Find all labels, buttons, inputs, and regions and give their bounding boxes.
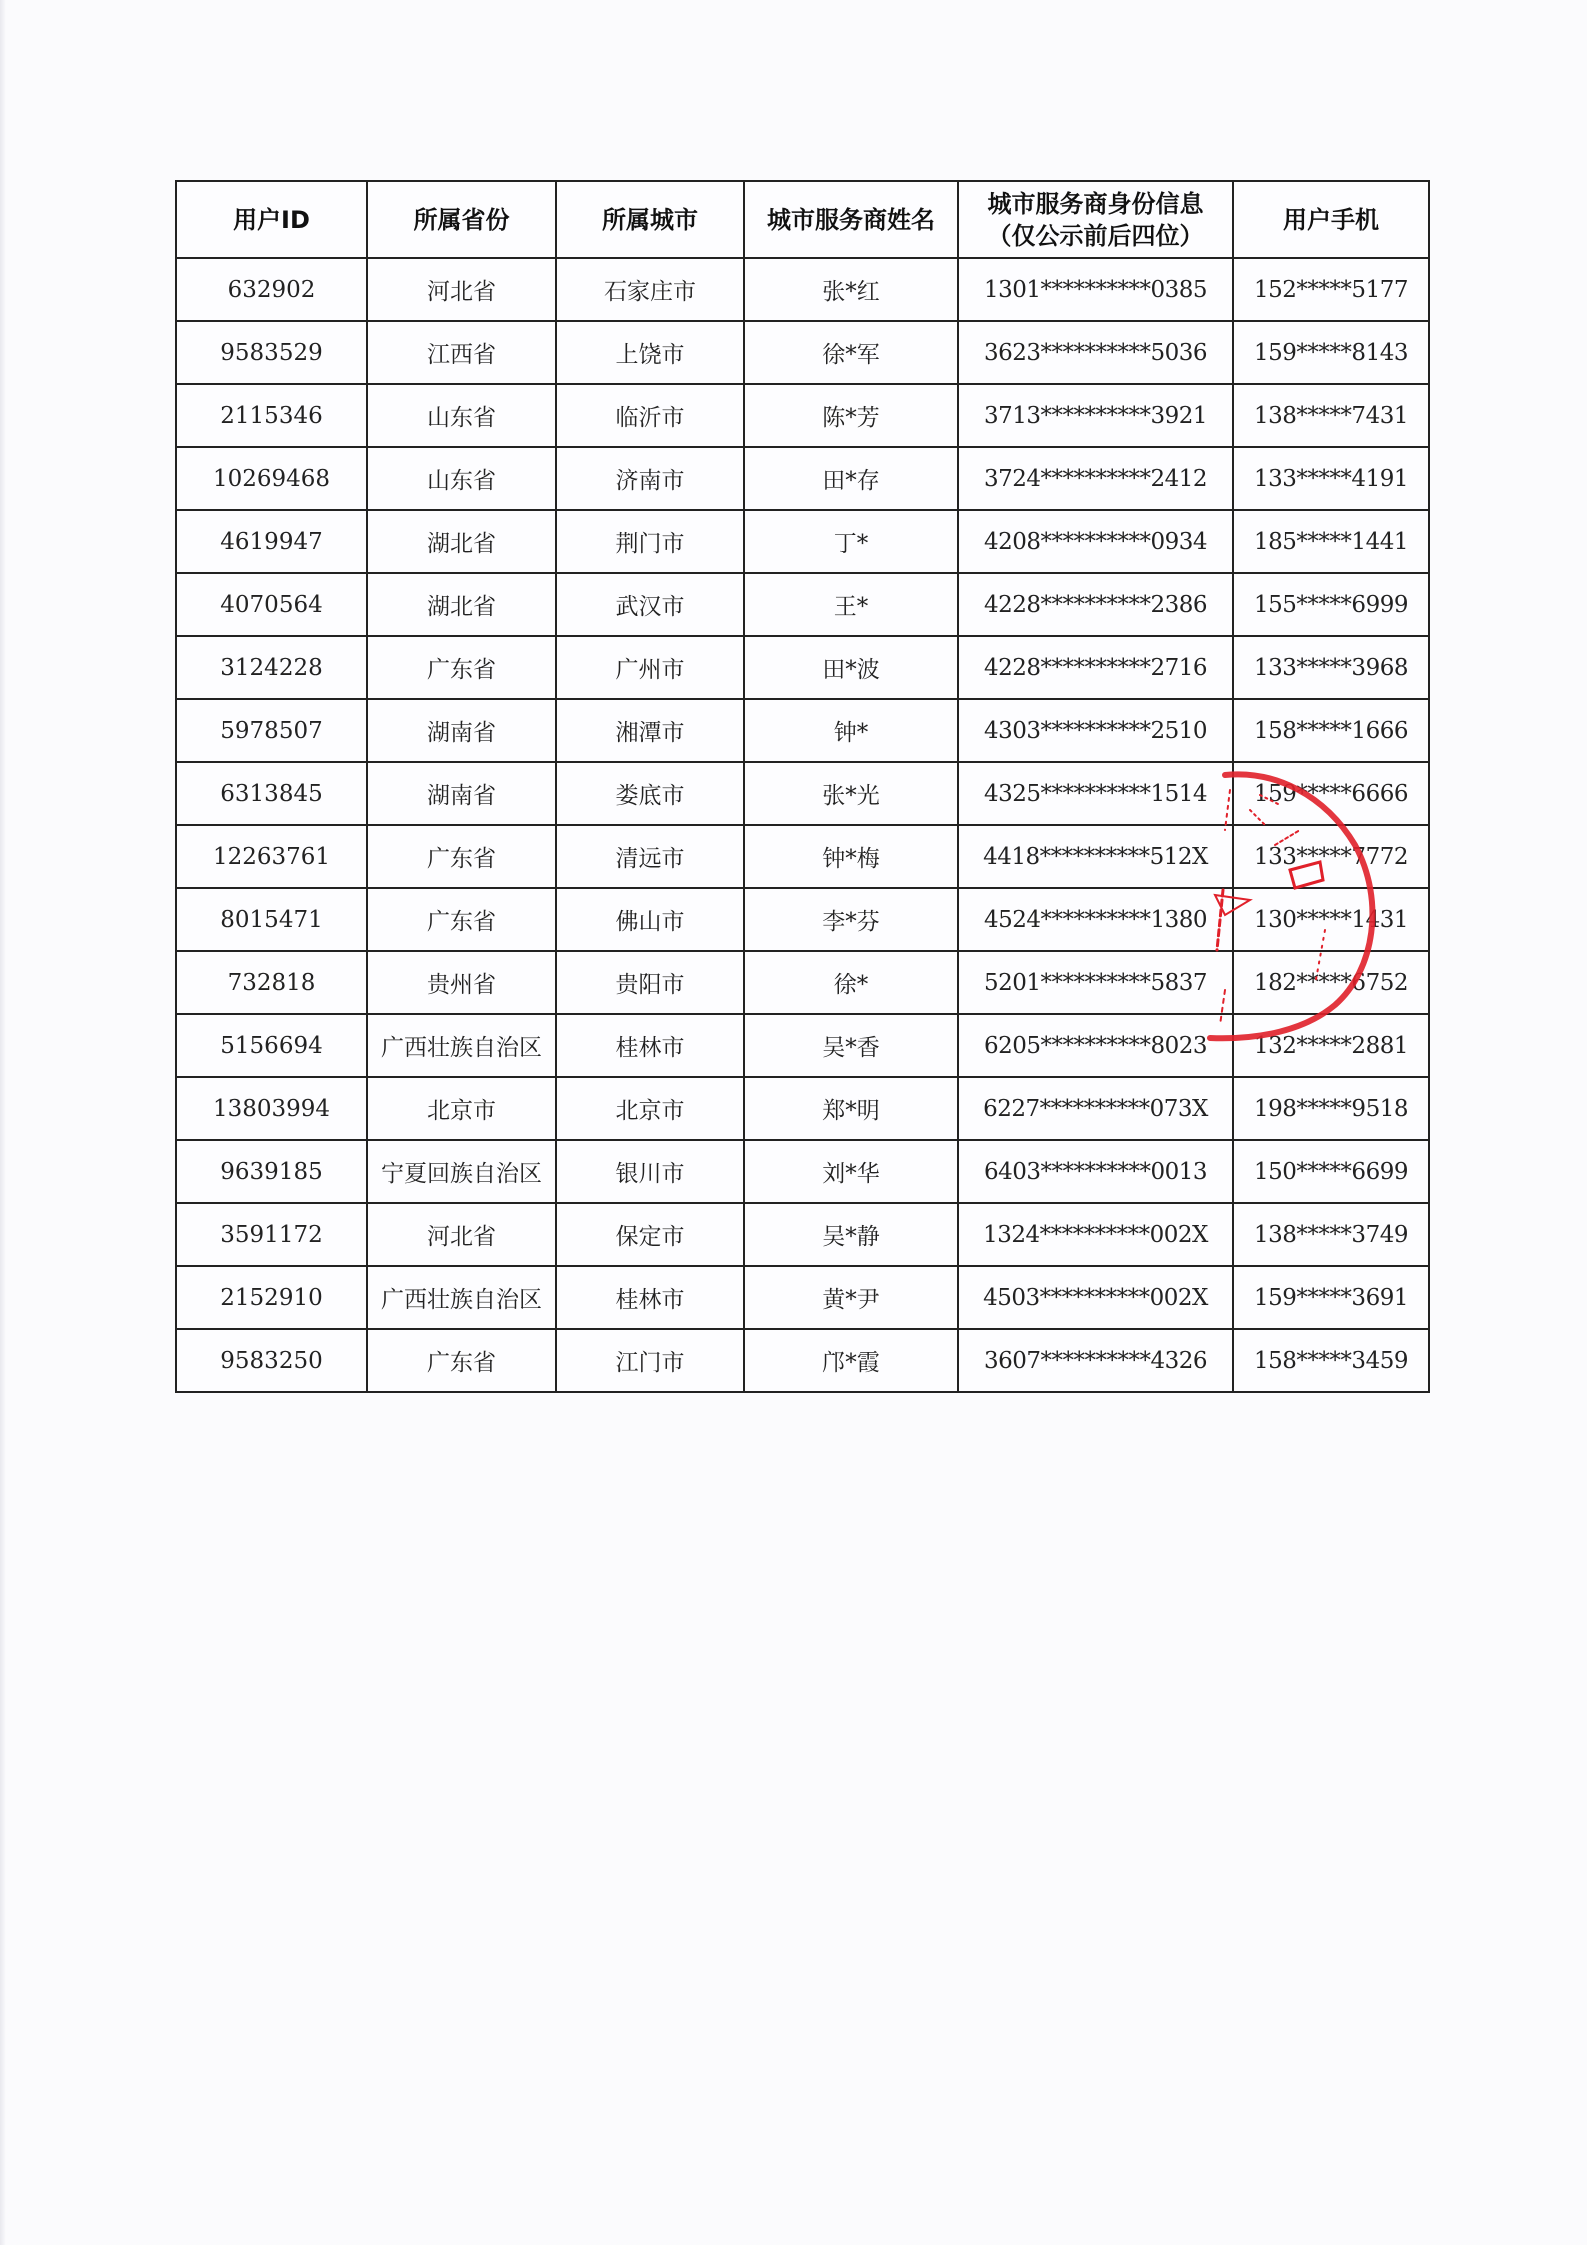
cell-provider-id: 3724**********2412 — [958, 447, 1233, 510]
cell-province: 广东省 — [367, 888, 556, 951]
cell-user-id: 13803994 — [176, 1077, 367, 1140]
cell-city: 桂林市 — [556, 1014, 744, 1077]
table-row: 2152910广西壮族自治区桂林市黄*尹4503**********002X15… — [176, 1266, 1429, 1329]
header-provider-id-info: 城市服务商身份信息 （仅公示前后四位） — [958, 181, 1233, 258]
table-body: 632902河北省石家庄市张*红1301**********0385152***… — [176, 258, 1429, 1392]
cell-user-id: 10269468 — [176, 447, 367, 510]
cell-provider-id: 4228**********2386 — [958, 573, 1233, 636]
cell-user-id: 4619947 — [176, 510, 367, 573]
header-provider-name: 城市服务商姓名 — [744, 181, 958, 258]
cell-phone: 159*****6666 — [1233, 762, 1429, 825]
table-row: 6313845湖南省娄底市张*光4325**********1514159***… — [176, 762, 1429, 825]
cell-phone: 132*****2881 — [1233, 1014, 1429, 1077]
cell-provider-id: 4303**********2510 — [958, 699, 1233, 762]
cell-city: 石家庄市 — [556, 258, 744, 321]
cell-user-id: 2115346 — [176, 384, 367, 447]
cell-provider-name: 徐* — [744, 951, 958, 1014]
cell-province: 河北省 — [367, 1203, 556, 1266]
table-row: 4619947湖北省荆门市丁*4208**********0934185****… — [176, 510, 1429, 573]
cell-user-id: 632902 — [176, 258, 367, 321]
table-row: 2115346山东省临沂市陈*芳3713**********3921138***… — [176, 384, 1429, 447]
table-row: 3591172河北省保定市吴*静1324**********002X138***… — [176, 1203, 1429, 1266]
cell-provider-name: 徐*军 — [744, 321, 958, 384]
table-row: 10269468山东省济南市田*存3724**********2412133**… — [176, 447, 1429, 510]
cell-provider-name: 张*红 — [744, 258, 958, 321]
cell-provider-id: 6205**********8023 — [958, 1014, 1233, 1077]
cell-phone: 138*****3749 — [1233, 1203, 1429, 1266]
cell-province: 山东省 — [367, 384, 556, 447]
cell-provider-id: 4524**********1380 — [958, 888, 1233, 951]
table-row: 5978507湖南省湘潭市钟*4303**********2510158****… — [176, 699, 1429, 762]
cell-city: 临沂市 — [556, 384, 744, 447]
cell-provider-id: 3713**********3921 — [958, 384, 1233, 447]
cell-province: 宁夏回族自治区 — [367, 1140, 556, 1203]
cell-city: 佛山市 — [556, 888, 744, 951]
cell-provider-id: 3607**********4326 — [958, 1329, 1233, 1392]
cell-provider-id: 6227**********073X — [958, 1077, 1233, 1140]
cell-city: 广州市 — [556, 636, 744, 699]
table-row: 9583250广东省江门市邝*霞3607**********4326158***… — [176, 1329, 1429, 1392]
cell-provider-id: 4325**********1514 — [958, 762, 1233, 825]
cell-provider-name: 黄*尹 — [744, 1266, 958, 1329]
cell-city: 银川市 — [556, 1140, 744, 1203]
cell-provider-name: 钟*梅 — [744, 825, 958, 888]
cell-user-id: 9583529 — [176, 321, 367, 384]
service-provider-table: 用户ID 所属省份 所属城市 城市服务商姓名 城市服务商身份信息 （仅公示前后四… — [175, 180, 1430, 1393]
table-row: 3124228广东省广州市田*波4228**********2716133***… — [176, 636, 1429, 699]
cell-provider-id: 4503**********002X — [958, 1266, 1233, 1329]
cell-user-id: 2152910 — [176, 1266, 367, 1329]
table-row: 732818贵州省贵阳市徐*5201**********5837182*****… — [176, 951, 1429, 1014]
cell-phone: 159*****3691 — [1233, 1266, 1429, 1329]
cell-province: 广西壮族自治区 — [367, 1014, 556, 1077]
cell-city: 武汉市 — [556, 573, 744, 636]
cell-phone: 152*****5177 — [1233, 258, 1429, 321]
cell-city: 清远市 — [556, 825, 744, 888]
cell-city: 保定市 — [556, 1203, 744, 1266]
cell-phone: 150*****6699 — [1233, 1140, 1429, 1203]
header-user-id: 用户ID — [176, 181, 367, 258]
cell-provider-name: 陈*芳 — [744, 384, 958, 447]
cell-provider-id: 4208**********0934 — [958, 510, 1233, 573]
cell-provider-name: 田*存 — [744, 447, 958, 510]
cell-provider-name: 王* — [744, 573, 958, 636]
cell-provider-id: 3623**********5036 — [958, 321, 1233, 384]
cell-city: 北京市 — [556, 1077, 744, 1140]
cell-province: 广东省 — [367, 1329, 556, 1392]
cell-user-id: 4070564 — [176, 573, 367, 636]
cell-provider-name: 张*光 — [744, 762, 958, 825]
table-row: 9639185宁夏回族自治区银川市刘*华6403**********001315… — [176, 1140, 1429, 1203]
scan-page-edge — [0, 0, 6, 2245]
table-row: 9583529江西省上饶市徐*军3623**********5036159***… — [176, 321, 1429, 384]
cell-user-id: 5156694 — [176, 1014, 367, 1077]
cell-city: 上饶市 — [556, 321, 744, 384]
cell-phone: 130*****1431 — [1233, 888, 1429, 951]
header-province: 所属省份 — [367, 181, 556, 258]
cell-province: 湖南省 — [367, 699, 556, 762]
cell-provider-id: 4418**********512X — [958, 825, 1233, 888]
cell-provider-name: 刘*华 — [744, 1140, 958, 1203]
cell-provider-name: 邝*霞 — [744, 1329, 958, 1392]
cell-province: 广西壮族自治区 — [367, 1266, 556, 1329]
cell-province: 山东省 — [367, 447, 556, 510]
table-row: 8015471广东省佛山市李*芬4524**********1380130***… — [176, 888, 1429, 951]
cell-phone: 133*****3968 — [1233, 636, 1429, 699]
cell-city: 湘潭市 — [556, 699, 744, 762]
cell-phone: 159*****8143 — [1233, 321, 1429, 384]
cell-provider-id: 1301**********0385 — [958, 258, 1233, 321]
cell-city: 贵阳市 — [556, 951, 744, 1014]
cell-user-id: 9639185 — [176, 1140, 367, 1203]
cell-phone: 182*****6752 — [1233, 951, 1429, 1014]
cell-province: 江西省 — [367, 321, 556, 384]
cell-phone: 158*****1666 — [1233, 699, 1429, 762]
header-user-phone: 用户手机 — [1233, 181, 1429, 258]
cell-provider-id: 1324**********002X — [958, 1203, 1233, 1266]
header-provider-id-info-line2: （仅公示前后四位） — [959, 220, 1232, 252]
table-row: 13803994北京市北京市郑*明6227**********073X198**… — [176, 1077, 1429, 1140]
cell-user-id: 732818 — [176, 951, 367, 1014]
header-city: 所属城市 — [556, 181, 744, 258]
cell-provider-id: 6403**********0013 — [958, 1140, 1233, 1203]
cell-city: 济南市 — [556, 447, 744, 510]
cell-phone: 198*****9518 — [1233, 1077, 1429, 1140]
cell-user-id: 3591172 — [176, 1203, 367, 1266]
header-provider-id-info-line1: 城市服务商身份信息 — [959, 188, 1232, 220]
cell-city: 荆门市 — [556, 510, 744, 573]
cell-user-id: 9583250 — [176, 1329, 367, 1392]
cell-province: 北京市 — [367, 1077, 556, 1140]
table-row: 4070564湖北省武汉市王*4228**********2386155****… — [176, 573, 1429, 636]
cell-phone: 133*****7772 — [1233, 825, 1429, 888]
cell-provider-name: 郑*明 — [744, 1077, 958, 1140]
table-header-row: 用户ID 所属省份 所属城市 城市服务商姓名 城市服务商身份信息 （仅公示前后四… — [176, 181, 1429, 258]
cell-province: 广东省 — [367, 825, 556, 888]
cell-city: 娄底市 — [556, 762, 744, 825]
cell-user-id: 6313845 — [176, 762, 367, 825]
cell-phone: 133*****4191 — [1233, 447, 1429, 510]
cell-phone: 158*****3459 — [1233, 1329, 1429, 1392]
cell-provider-name: 李*芬 — [744, 888, 958, 951]
cell-provider-name: 吴*香 — [744, 1014, 958, 1077]
table-row: 632902河北省石家庄市张*红1301**********0385152***… — [176, 258, 1429, 321]
cell-provider-name: 丁* — [744, 510, 958, 573]
cell-province: 湖南省 — [367, 762, 556, 825]
cell-provider-name: 田*波 — [744, 636, 958, 699]
table-row: 5156694广西壮族自治区桂林市吴*香6205**********802313… — [176, 1014, 1429, 1077]
cell-province: 河北省 — [367, 258, 556, 321]
cell-provider-id: 4228**********2716 — [958, 636, 1233, 699]
cell-user-id: 3124228 — [176, 636, 367, 699]
cell-province: 贵州省 — [367, 951, 556, 1014]
cell-provider-id: 5201**********5837 — [958, 951, 1233, 1014]
cell-provider-name: 吴*静 — [744, 1203, 958, 1266]
cell-phone: 138*****7431 — [1233, 384, 1429, 447]
cell-province: 湖北省 — [367, 510, 556, 573]
cell-provider-name: 钟* — [744, 699, 958, 762]
cell-user-id: 8015471 — [176, 888, 367, 951]
cell-province: 广东省 — [367, 636, 556, 699]
cell-city: 桂林市 — [556, 1266, 744, 1329]
cell-phone: 185*****1441 — [1233, 510, 1429, 573]
cell-phone: 155*****6999 — [1233, 573, 1429, 636]
table-row: 12263761广东省清远市钟*梅4418**********512X133**… — [176, 825, 1429, 888]
cell-province: 湖北省 — [367, 573, 556, 636]
cell-city: 江门市 — [556, 1329, 744, 1392]
cell-user-id: 5978507 — [176, 699, 367, 762]
cell-user-id: 12263761 — [176, 825, 367, 888]
